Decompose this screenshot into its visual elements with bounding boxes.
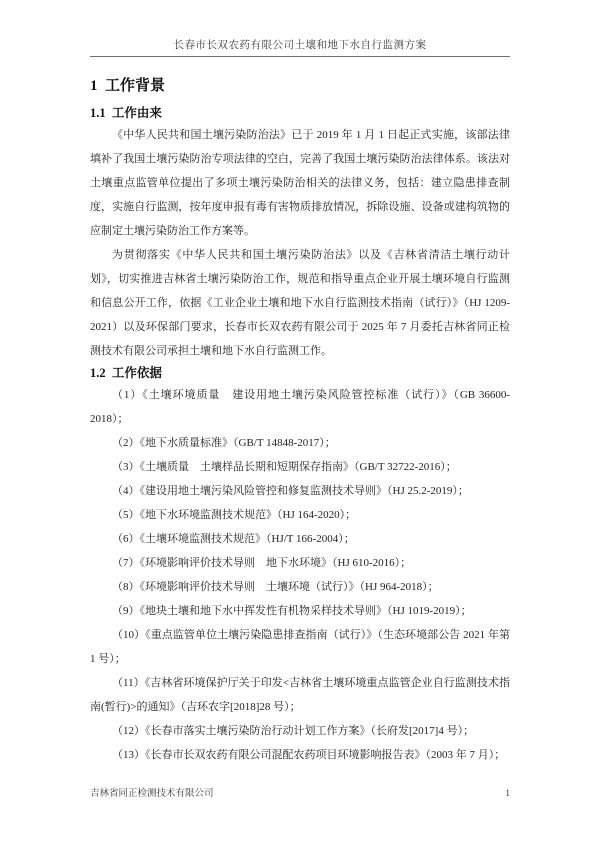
page-footer: 吉林省同正检测技术有限公司 1: [90, 785, 510, 799]
document-page: 长春市长双农药有限公司土壤和地下水自行监测方案 1 工作背景 1.1 工作由来 …: [0, 0, 600, 848]
reference-item-9: （9）《地块土壤和地下水中挥发性有机物采样技术导则》（HJ 1019-2019）…: [90, 599, 510, 623]
paragraph-law-implementation: 《中华人民共和国土壤污染防治法》已于 2019 年 1 月 1 日起正式实施，该…: [90, 123, 510, 243]
reference-item-13: （13）《长春市长双农药有限公司混配农药项目环境影响报告表》（2003 年 7 …: [90, 743, 510, 767]
reference-item-3: （3）《土壤质量 土壤样品长期和短期保存指南》（GB/T 32722-2016）…: [90, 455, 510, 479]
reference-item-12: （12）《长春市落实土壤污染防治行动计划工作方案》（长府发[2017]4 号）；: [90, 719, 510, 743]
footer-company-name: 吉林省同正检测技术有限公司: [90, 785, 214, 799]
reference-item-2: （2）《地下水质量标准》（GB/T 14848-2017）；: [90, 431, 510, 455]
heading-work-background: 1 工作背景: [90, 76, 510, 97]
reference-item-5: （5）《地下水环境监测技术规范》（HJ 164-2020）；: [90, 503, 510, 527]
reference-item-6: （6）《土壤环境监测技术规范》（HJ/T 166-2004）；: [90, 527, 510, 551]
reference-item-1: （1）《土壤环境质量 建设用地土壤污染风险管控标准（试行）》（GB 36600-…: [90, 383, 510, 431]
reference-item-11: （11）《吉林省环境保护厅关于印发<吉林省土壤环境重点监管企业自行监测技术指南(…: [90, 671, 510, 719]
page-header: 长春市长双农药有限公司土壤和地下水自行监测方案: [90, 0, 510, 57]
reference-item-7: （7）《环境影响评价技术导则 地下水环境》（HJ 610-2016）；: [90, 551, 510, 575]
reference-item-4: （4）《建设用地土壤污染风险管控和修复监测技术导则》（HJ 25.2-2019）…: [90, 479, 510, 503]
header-title: 长春市长双农药有限公司土壤和地下水自行监测方案: [174, 37, 427, 52]
footer-page-number: 1: [505, 789, 510, 799]
paragraph-commission: 为贯彻落实《中华人民共和国土壤污染防治法》以及《吉林省清洁土壤行动计划》，切实推…: [90, 243, 510, 363]
heading-work-basis: 1.2 工作依据: [90, 363, 510, 383]
document-body: 1 工作背景 1.1 工作由来 《中华人民共和国土壤污染防治法》已于 2019 …: [90, 57, 510, 767]
heading-work-origin: 1.1 工作由来: [90, 103, 510, 123]
reference-item-8: （8）《环境影响评价技术导则 土壤环境（试行）》（HJ 964-2018）；: [90, 575, 510, 599]
reference-item-10: （10）《重点监管单位土壤污染隐患排查指南（试行）》（生态环境部公告 2021 …: [90, 623, 510, 671]
